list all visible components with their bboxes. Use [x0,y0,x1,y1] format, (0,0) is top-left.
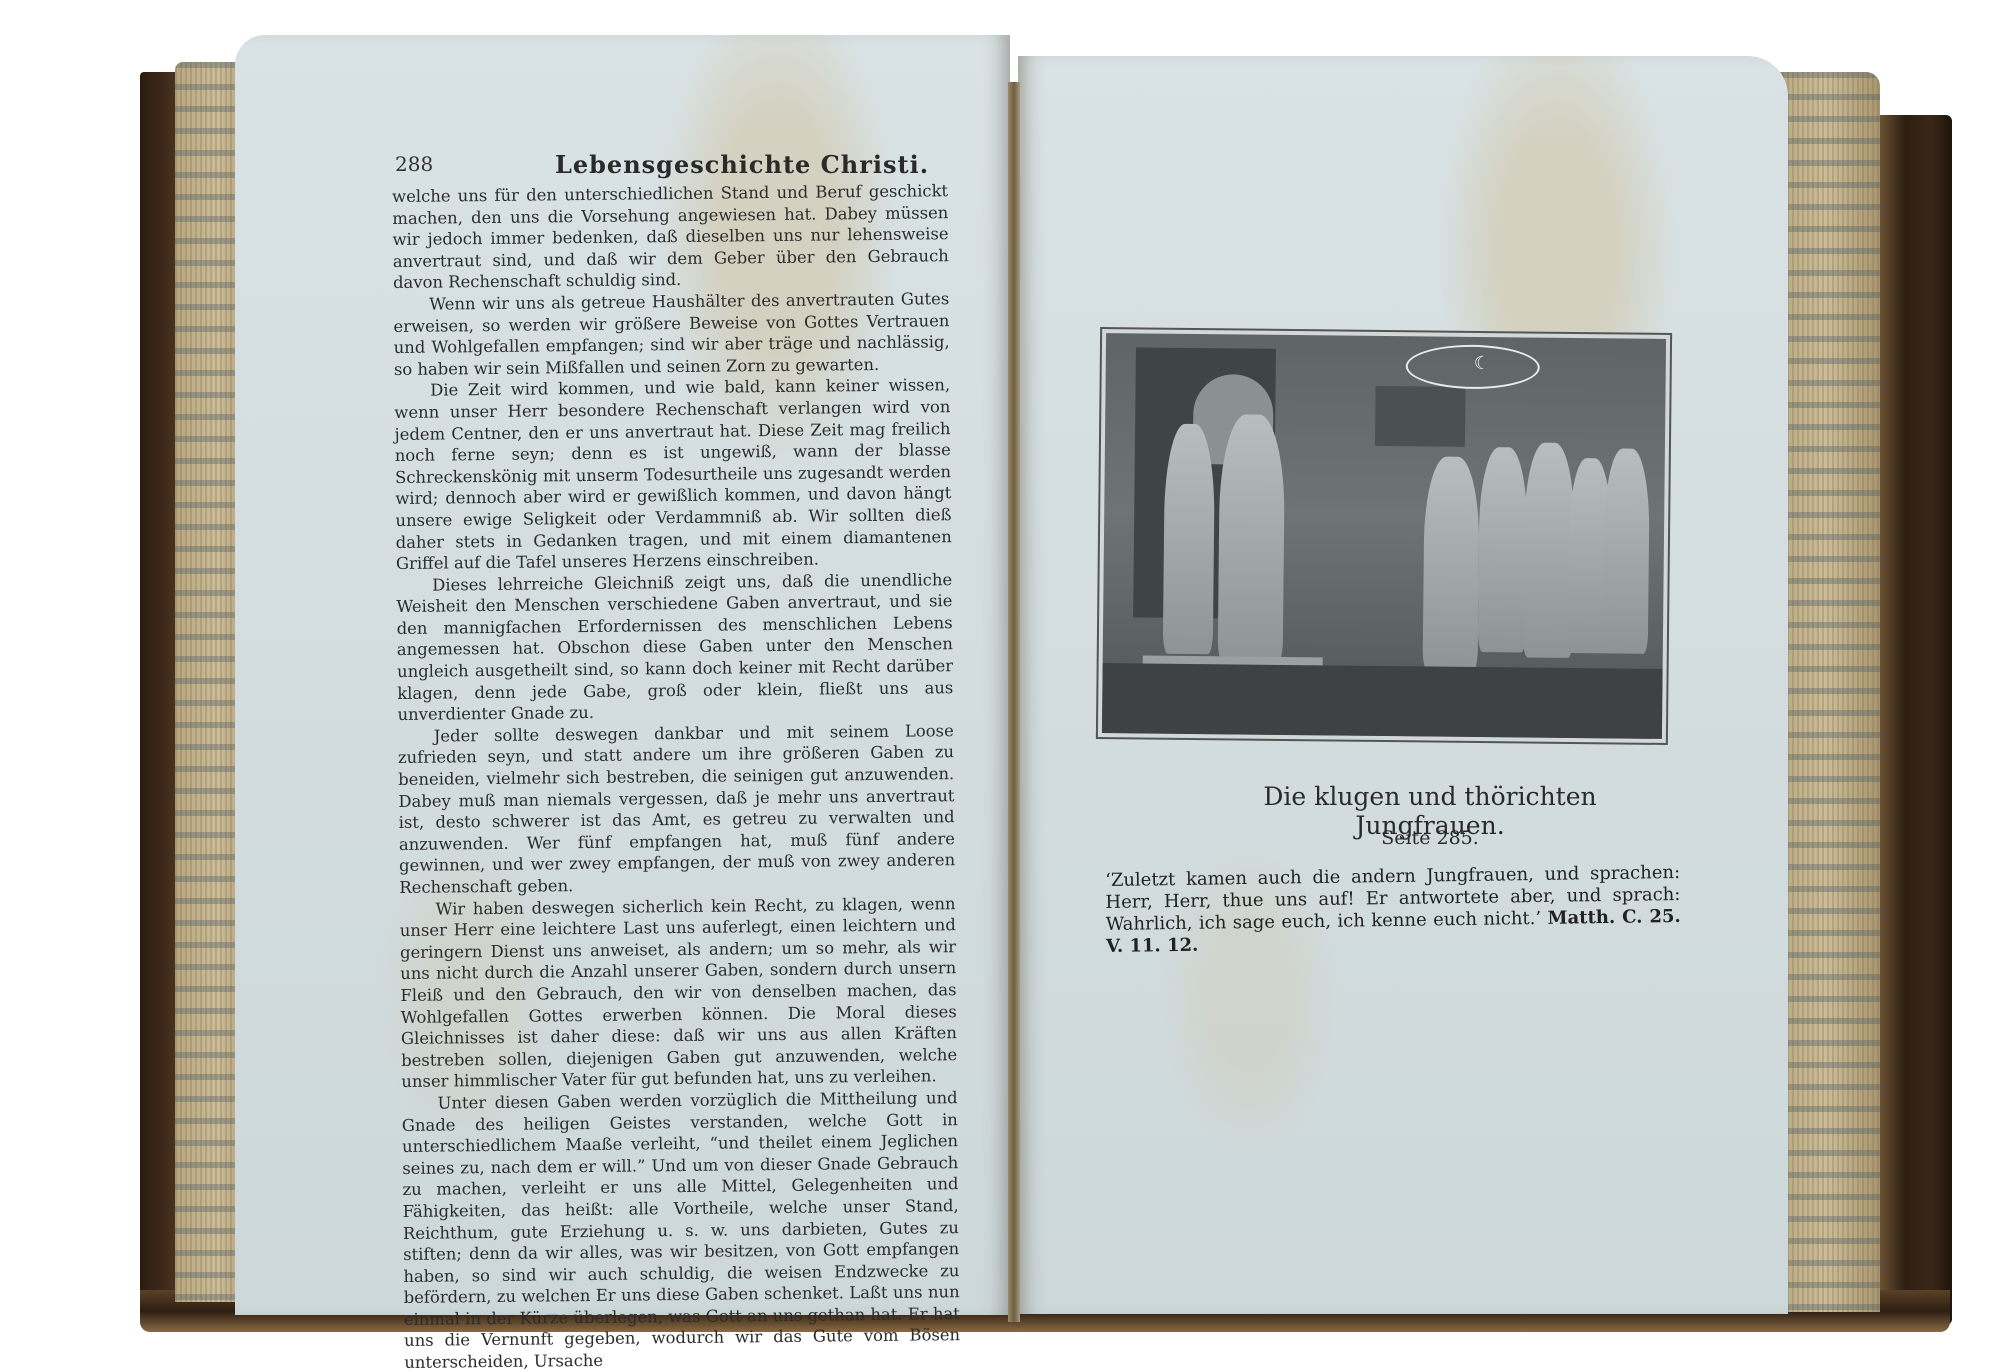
book-cover-right [1880,115,1952,1325]
paragraph: Wenn wir uns als getreue Haushälter des … [393,288,950,380]
scripture-quote: ‘Zuletzt kamen auch die andern Jungfraue… [1105,862,1681,958]
paragraph: Die Zeit wird kommen, und wie bald, kann… [394,375,952,575]
marbled-page-edge-right [1772,72,1880,1312]
running-title: Lebensgeschichte Christi. [555,150,929,179]
figure-bridegroom [1218,414,1286,665]
page-reference: Seite 285. [1195,827,1665,849]
paragraph: Jeder sollte deswegen dankbar und mit se… [398,720,956,899]
page-number: 288 [395,152,433,176]
paragraph: welche uns für den unterschiedlichen Sta… [392,180,949,294]
paragraph: Unter diesen Gaben werden vorzüglich die… [401,1087,960,1371]
paragraph: Dieses lehrreiche Gleichniß zeigt uns, d… [396,569,954,726]
body-text: welche uns für den unterschiedlichen Sta… [392,180,960,1371]
engraving-scene: ☾ [1102,333,1666,739]
book-gutter [1008,82,1020,1322]
open-book: 288 Lebensgeschichte Christi. welche uns… [0,0,2000,1371]
moon-icon: ☾ [1474,353,1490,374]
figure-foolish-virgin [1603,448,1650,653]
figure-foolish-virgin [1423,456,1480,672]
castle-silhouette [1375,386,1466,447]
ground [1102,663,1663,739]
paragraph: Wir haben deswegen sicherlich kein Recht… [399,893,957,1093]
figure-wise-virgin [1163,424,1215,655]
engraving-illustration: ☾ [1096,327,1672,745]
figure-foolish-virgin [1478,447,1528,652]
